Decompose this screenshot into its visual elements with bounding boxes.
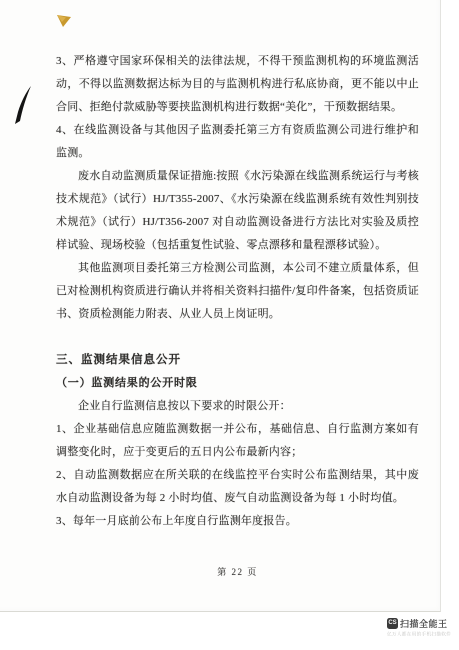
watermark-row: CS 扫描全能王	[387, 617, 453, 630]
watermark-tagline: 亿万人都在用的手机扫描软件	[387, 631, 425, 637]
watermark-title: 扫描全能王	[400, 617, 448, 630]
gold-corner-fold-icon	[56, 13, 72, 29]
paragraph-item-3: 3、严格遵守国家环保相关的法律法规，不得干预监测机构的环境监测活动，不得以监测数…	[56, 50, 419, 119]
camscanner-watermark: CS 扫描全能王 亿万人都在用的手机扫描软件	[387, 617, 453, 642]
paragraph-wastewater-qa: 废水自动监测质量保证措施:按照《水污染源在线监测系统运行与考核技术规范》（试行）…	[56, 165, 419, 257]
paragraph-disclosure-intro: 企业自行监测信息按以下要求的时限公开：	[56, 395, 419, 418]
page-number: 第 22 页	[56, 565, 419, 578]
camscanner-logo-icon: CS	[387, 618, 398, 629]
subsection-heading: （一）监测结果的公开时限	[56, 372, 419, 395]
paragraph-other-monitoring: 其他监测项目委托第三方检测公司监测，本公司不建立质量体系，但已对检测机构资质进行…	[56, 257, 419, 326]
section-heading: 三、监测结果信息公开	[56, 349, 419, 372]
document-body: 3、严格遵守国家环保相关的法律法规，不得干预监测机构的环境监测活动，不得以监测数…	[56, 50, 419, 533]
paragraph-disclosure-item-1: 1、企业基础信息应随监测数据一并公布，基础信息、自行监测方案如有调整变化时，应于…	[56, 418, 419, 464]
paragraph-disclosure-item-2: 2、自动监测数据应在所关联的在线监控平台实时公布监测结果，其中废水自动监测设备为…	[56, 464, 419, 510]
scan-artifact-mark	[10, 84, 34, 126]
paragraph-disclosure-item-3: 3、每年一月底前公布上年度自行监测年度报告。	[56, 510, 419, 533]
scanned-page-sheet: 3、严格遵守国家环保相关的法律法规，不得干预监测机构的环境监测活动，不得以监测数…	[0, 0, 441, 612]
paragraph-item-4: 4、在线监测设备与其他因子监测委托第三方有资质监测公司进行维护和监测。	[56, 119, 419, 165]
